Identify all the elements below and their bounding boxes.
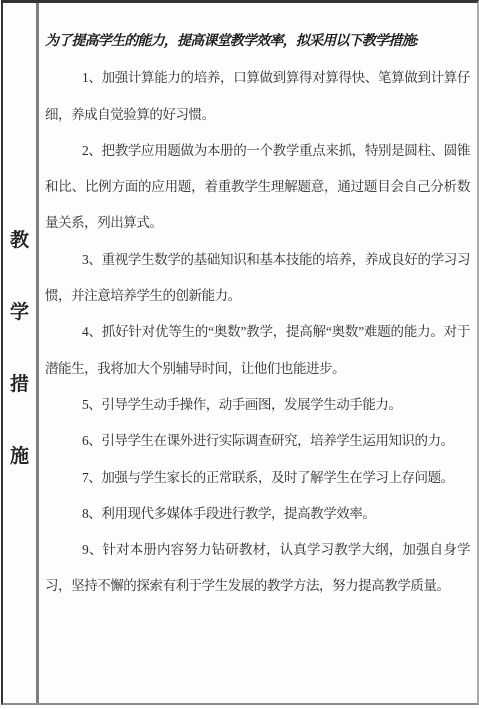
measure-item: 7、加强与学生家长的正常联系，及时了解学生在学习上存问题。 <box>45 460 470 496</box>
scanned-document-page: 教 学 措 施 为了提高学生的能力，提高课堂教学效率，拟采用以下教学措施: 1、… <box>0 0 479 709</box>
measure-item: 1、加强计算能力的培养，口算做到算得对算得快、笔算做到计算仔细，养成自觉验算的好… <box>45 60 470 133</box>
row-header-char-2: 学 <box>10 303 29 323</box>
measure-item: 9、针对本册内容努力钻研教材，认真学习教学大纲，加强自身学习，坚持不懈的探索有利… <box>45 532 470 605</box>
row-header-char-3: 措 <box>10 375 29 395</box>
measures-content-cell: 为了提高学生的能力，提高课堂教学效率，拟采用以下教学措施: 1、加强计算能力的培… <box>39 3 477 703</box>
measure-item: 5、引导学生动手操作，动手画图，发展学生动手能力。 <box>45 387 470 423</box>
measure-item: 4、抓好针对优等生的“奥数”教学，提高解“奥数”难题的能力。对于潜能生，我将加大… <box>45 314 470 387</box>
measures-list: 1、加强计算能力的培养，口算做到算得对算得快、笔算做到计算仔细，养成自觉验算的好… <box>45 60 470 604</box>
row-header-teaching-measures: 教 学 措 施 <box>3 3 39 703</box>
row-header-char-4: 施 <box>10 447 29 467</box>
measure-item: 3、重视学生数学的基础知识和基本技能的培养，养成良好的学习习惯，并注意培养学生的… <box>45 242 470 315</box>
measure-item: 6、引导学生在课外进行实际调查研究，培养学生运用知识的力。 <box>45 423 470 459</box>
measure-item: 8、利用现代多媒体手段进行教学，提高教学效率。 <box>45 496 470 532</box>
measure-item: 2、把教学应用题做为本册的一个教学重点来抓，特别是圆柱、圆锥和比、比例方面的应用… <box>45 133 470 242</box>
row-header-char-1: 教 <box>10 231 29 251</box>
lesson-plan-table-row: 教 学 措 施 为了提高学生的能力，提高课堂教学效率，拟采用以下教学措施: 1、… <box>1 0 479 705</box>
measures-intro-line: 为了提高学生的能力，提高课堂教学效率，拟采用以下教学措施: <box>45 24 470 60</box>
